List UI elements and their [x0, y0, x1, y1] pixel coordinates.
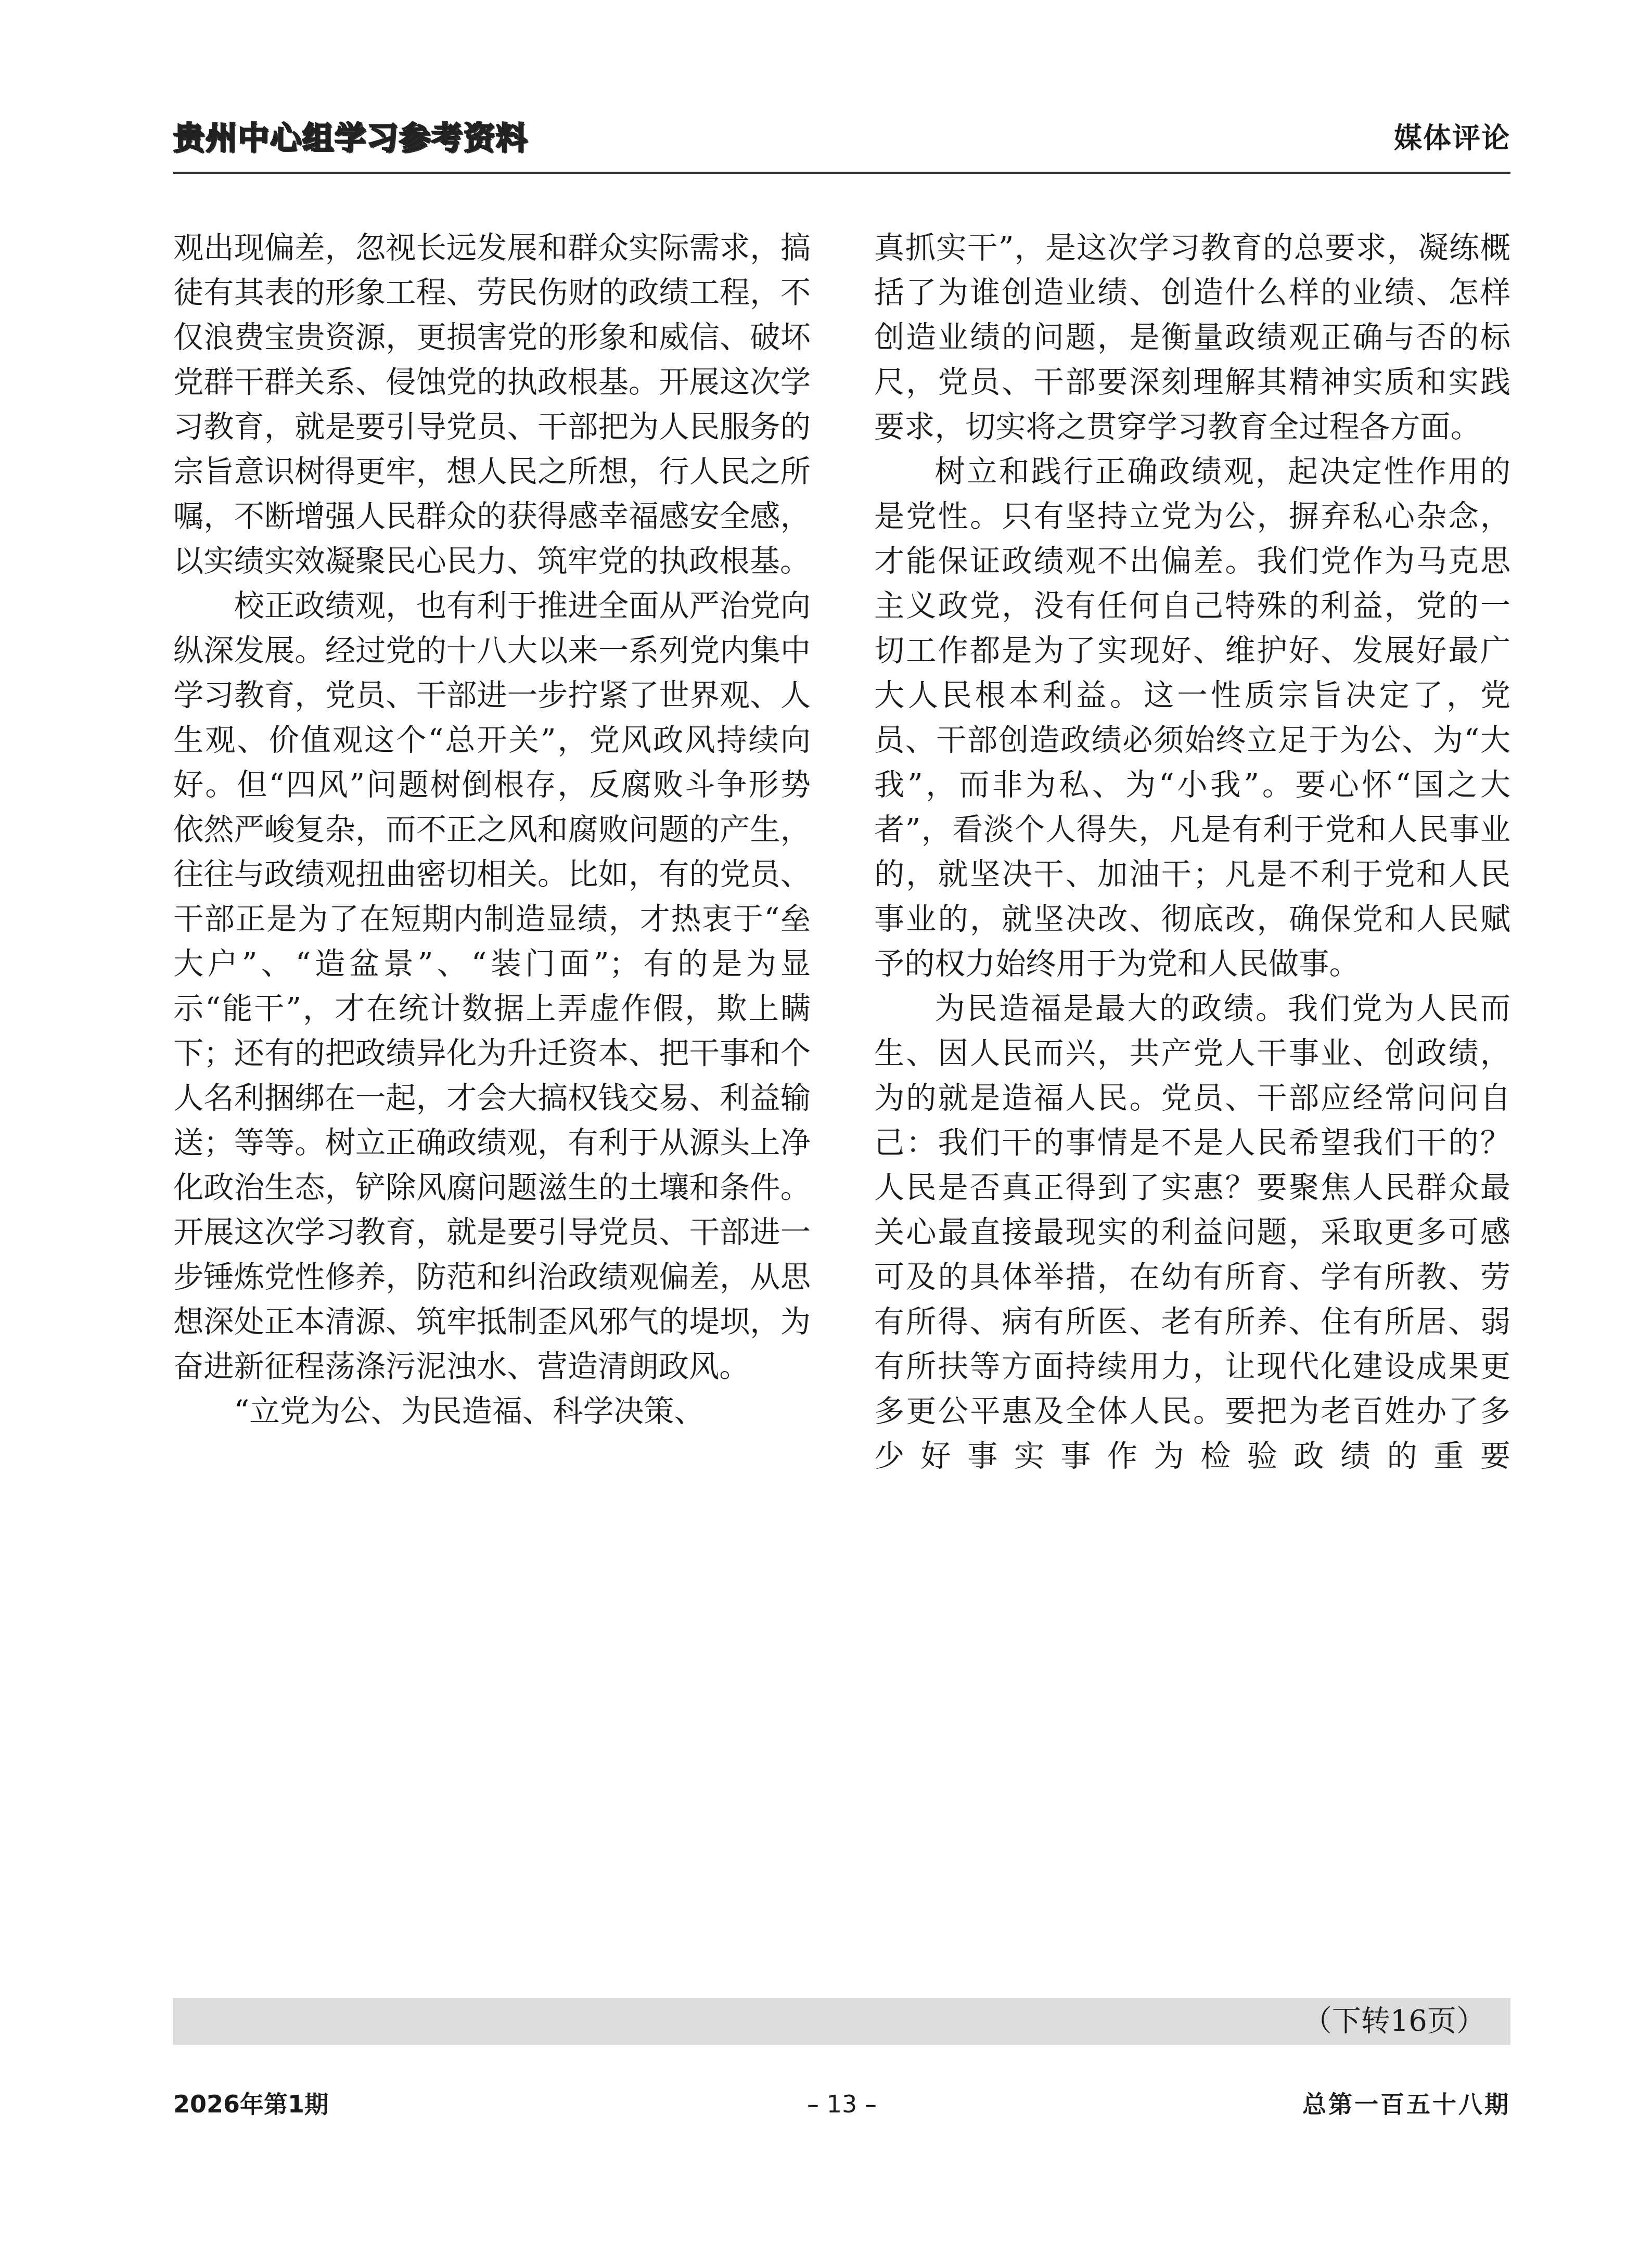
paragraph: 观出现偏差，忽视长远发展和群众实际需求，搞徒有其表的形象工程、劳民伤财的政绩工程… [173, 225, 811, 583]
page-footer: 2026年第1期 – 13 – 总第一百五十八期 [173, 2087, 1510, 2124]
article-column-right: 真抓实干”，是这次学习教育的总要求，凝练概括了为谁创造业绩、创造什么样的业绩、怎… [874, 225, 1510, 1478]
paragraph: 校正政绩观，也有利于推进全面从严治党向纵深发展。经过党的十八大以来一系列党内集中… [173, 583, 811, 1389]
continuation-banner: （下转16页） [173, 1998, 1510, 2045]
header-divider [173, 172, 1510, 174]
paragraph: “立党为公、为民造福、科学决策、 [173, 1389, 811, 1433]
continuation-note: （下转16页） [1303, 2003, 1485, 2040]
cumulative-issue-label: 总第一百五十八期 [1302, 2087, 1510, 2121]
section-title: 媒体评论 [1394, 122, 1510, 155]
article-column-left: 观出现偏差，忽视长远发展和群众实际需求，搞徒有其表的形象工程、劳民伤财的政绩工程… [173, 225, 811, 1433]
page-header: 贵州中心组学习参考资料 媒体评论 [173, 117, 1510, 164]
paragraph: 为民造福是最大的政绩。我们党为人民而生、因人民而兴，共产党人干事业、创政绩，为的… [874, 986, 1510, 1478]
publication-title: 贵州中心组学习参考资料 [173, 120, 528, 157]
paragraph: 树立和践行正确政绩观，起决定性作用的是党性。只有坚持立党为公，摒弃私心杂念，才能… [874, 449, 1510, 986]
paragraph: 真抓实干”，是这次学习教育的总要求，凝练概括了为谁创造业绩、创造什么样的业绩、怎… [874, 225, 1510, 449]
